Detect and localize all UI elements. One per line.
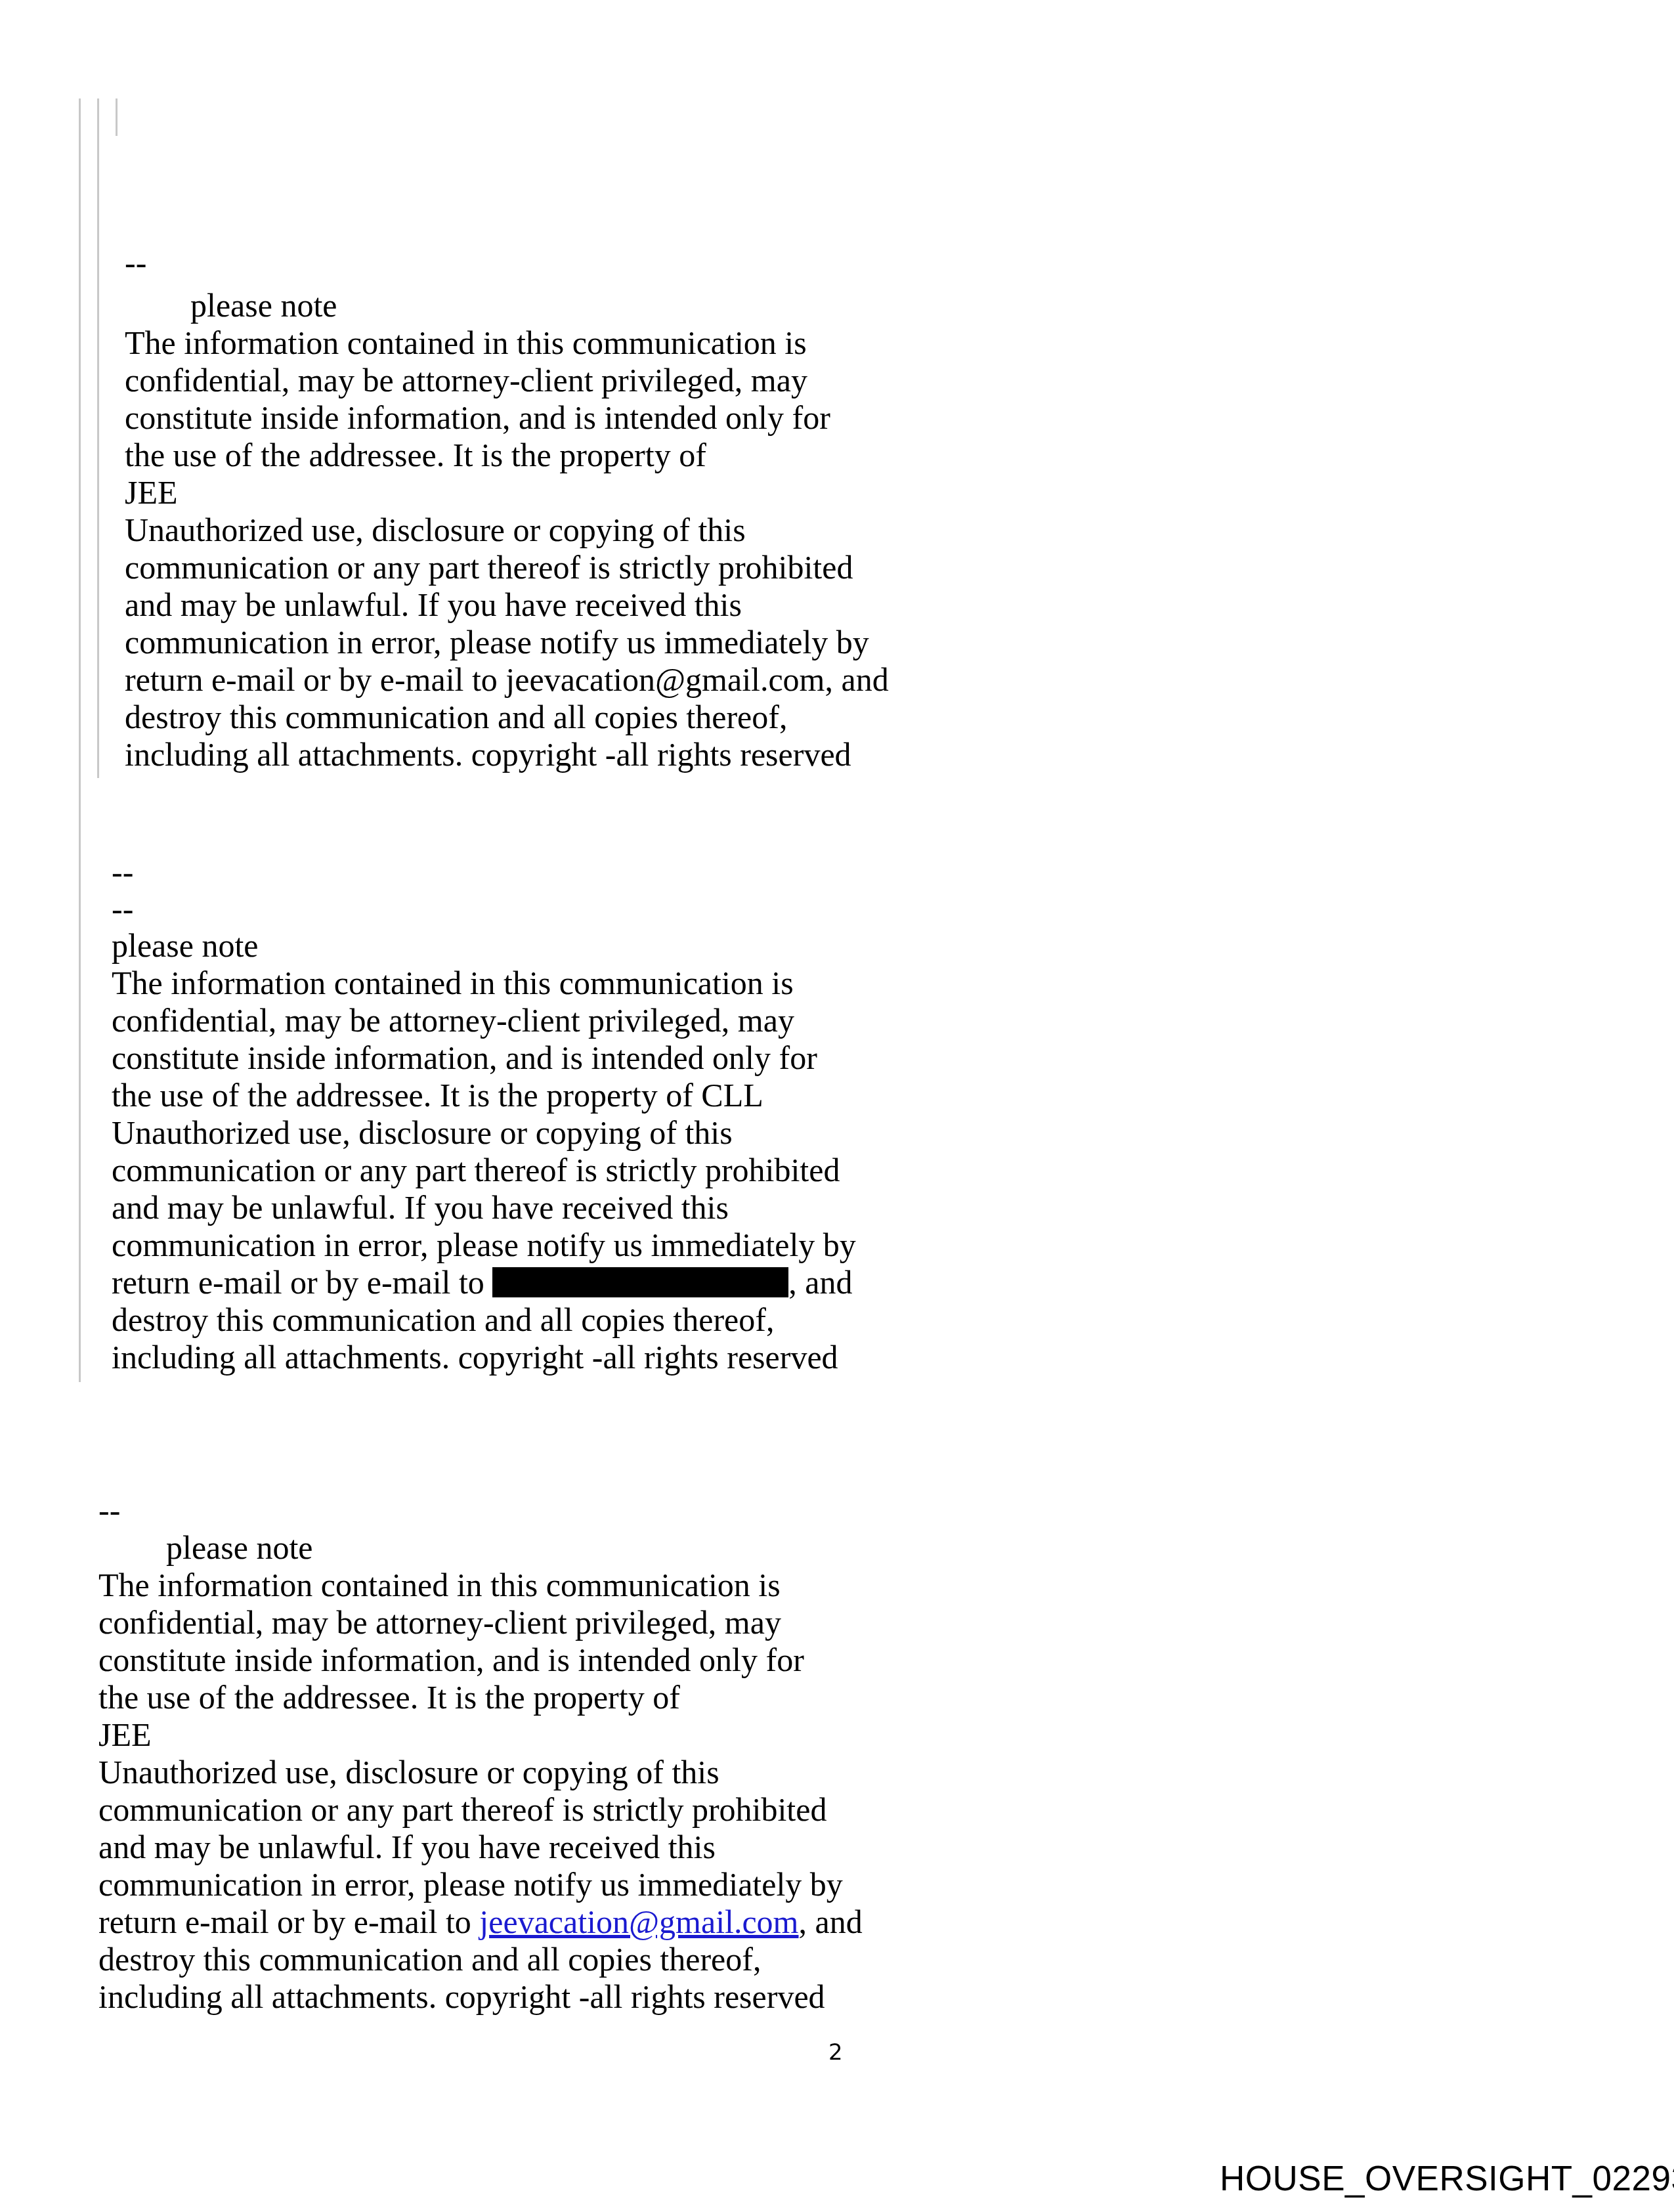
disclaimer-line: and may be unlawful. If you have receive…: [125, 586, 742, 624]
disclaimer-line: communication or any part thereof is str…: [98, 1791, 826, 1829]
page-number: 2: [828, 2039, 843, 2066]
disclaimer-line: constitute inside information, and is in…: [98, 1641, 804, 1679]
contact-email-link[interactable]: jeevacation@gmail.com: [479, 1903, 798, 1940]
disclaimer-line: the use of the addressee. It is the prop…: [112, 1077, 763, 1114]
please-note-label: please note: [166, 1529, 313, 1567]
disclaimer-line: communication or any part thereof is str…: [125, 549, 853, 586]
email-suffix: , and: [825, 661, 889, 698]
email-prefix: return e-mail or by e-mail to: [98, 1903, 479, 1940]
email-line: return e-mail or by e-mail to jeevacatio…: [98, 1903, 863, 1941]
disclaimer-line: destroy this communication and all copie…: [98, 1941, 761, 1978]
signature-separator: --: [125, 244, 146, 282]
disclaimer-line: Unauthorized use, disclosure or copying …: [112, 1114, 733, 1152]
disclaimer-line: The information contained in this commun…: [125, 324, 807, 362]
email-suffix: , and: [788, 1264, 852, 1301]
property-owner: JEE: [125, 474, 178, 511]
disclaimer-line: including all attachments. copyright -al…: [125, 736, 851, 773]
redacted-email: [492, 1267, 788, 1297]
disclaimer-line: including all attachments. copyright -al…: [98, 1978, 825, 2016]
signature-separator: --: [98, 1492, 120, 1529]
disclaimer-line: the use of the addressee. It is the prop…: [98, 1679, 680, 1716]
disclaimer-line: constitute inside information, and is in…: [112, 1039, 817, 1077]
signature-separator: --: [112, 890, 133, 928]
disclaimer-line: Unauthorized use, disclosure or copying …: [125, 511, 746, 549]
email-line: return e-mail or by e-mail to , and: [112, 1264, 853, 1301]
disclaimer-line: destroy this communication and all copie…: [112, 1301, 774, 1339]
email-prefix: return e-mail or by e-mail to: [112, 1264, 492, 1301]
disclaimer-line: communication or any part thereof is str…: [112, 1152, 840, 1189]
signature-separator: --: [112, 854, 133, 891]
disclaimer-line: Unauthorized use, disclosure or copying …: [98, 1754, 719, 1791]
please-note-label: please note: [190, 287, 337, 324]
disclaimer-line: confidential, may be attorney-client pri…: [125, 362, 807, 399]
email-prefix: return e-mail or by e-mail to: [125, 661, 505, 698]
disclaimer-line: confidential, may be attorney-client pri…: [112, 1002, 794, 1039]
disclaimer-line: The information contained in this commun…: [112, 965, 794, 1002]
disclaimer-line: confidential, may be attorney-client pri…: [98, 1604, 781, 1641]
disclaimer-line: destroy this communication and all copie…: [125, 699, 787, 736]
disclaimer-line: and may be unlawful. If you have receive…: [112, 1189, 729, 1226]
quote-rule-inner: [116, 98, 118, 136]
property-owner: JEE: [98, 1716, 152, 1754]
please-note-label: please note: [112, 927, 259, 965]
email-line: return e-mail or by e-mail to jeevacatio…: [125, 661, 889, 699]
disclaimer-line: communication in error, please notify us…: [125, 624, 869, 661]
disclaimer-line: including all attachments. copyright -al…: [112, 1339, 838, 1376]
contact-email: jeevacation@gmail.com: [505, 661, 825, 698]
quote-rule-outer: [79, 98, 81, 1382]
disclaimer-line: the use of the addressee. It is the prop…: [125, 437, 706, 474]
email-suffix: , and: [799, 1903, 863, 1940]
disclaimer-line: communication in error, please notify us…: [98, 1866, 843, 1903]
quote-rule-middle: [97, 98, 99, 778]
disclaimer-line: communication in error, please notify us…: [112, 1226, 856, 1264]
disclaimer-line: and may be unlawful. If you have receive…: [98, 1829, 716, 1866]
disclaimer-line: The information contained in this commun…: [98, 1567, 781, 1604]
bates-number: HOUSE_OVERSIGHT_022937: [1220, 2159, 1674, 2199]
disclaimer-line: constitute inside information, and is in…: [125, 399, 830, 437]
